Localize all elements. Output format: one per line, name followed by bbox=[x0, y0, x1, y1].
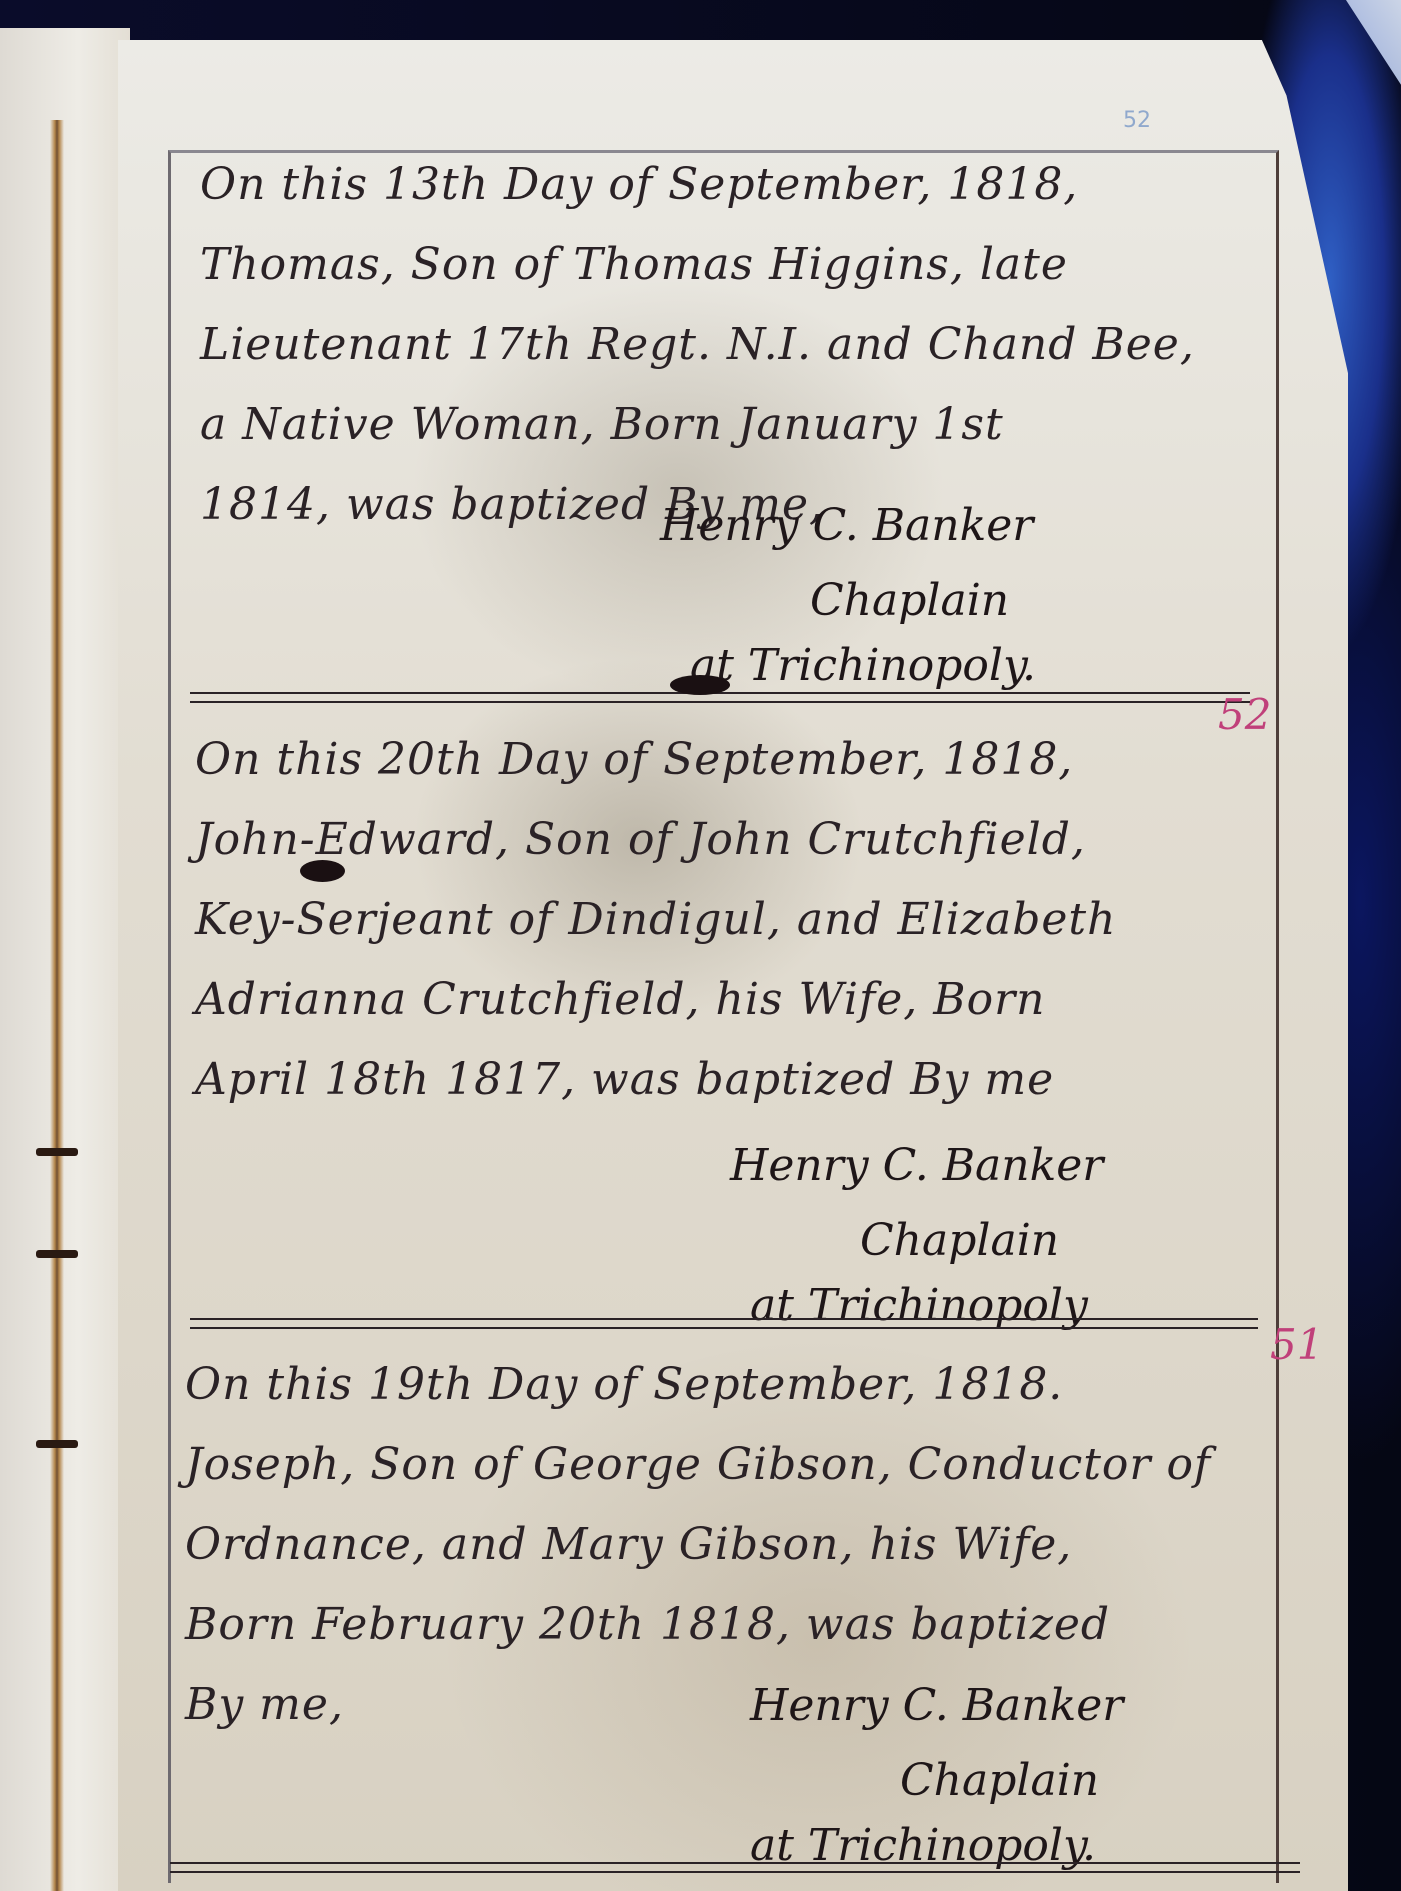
entry-line: Lieutenant 17th Regt. N.I. and Chand Bee… bbox=[200, 305, 1195, 385]
ink-blot bbox=[670, 675, 730, 695]
signature-place: at Trichinopoly. bbox=[690, 640, 1036, 691]
signature-title: Chaplain bbox=[810, 575, 1009, 626]
margin-note: 52 bbox=[1218, 690, 1271, 739]
entry-line: Thomas, Son of Thomas Higgins, late bbox=[200, 225, 1195, 305]
entry-line: Joseph, Son of George Gibson, Conductor … bbox=[185, 1425, 1211, 1505]
entry-line: Ordnance, and Mary Gibson, his Wife, bbox=[185, 1505, 1211, 1585]
binding-stitch bbox=[36, 1148, 78, 1156]
margin-note: 51 bbox=[1270, 1320, 1323, 1369]
signature-title: Chaplain bbox=[900, 1755, 1099, 1806]
entry-line: On this 20th Day of September, 1818, bbox=[195, 720, 1116, 800]
signature-name: Henry C. Banker bbox=[730, 1140, 1103, 1191]
baptism-entry-2: On this 20th Day of September, 1818, Joh… bbox=[195, 720, 1116, 1120]
entry-divider bbox=[170, 1862, 1300, 1873]
entry-line: a Native Woman, Born January 1st bbox=[200, 385, 1195, 465]
page-number: 52 bbox=[1123, 108, 1151, 133]
entry-divider bbox=[190, 1318, 1258, 1329]
left-page bbox=[0, 28, 130, 1891]
entry-line: On this 13th Day of September, 1818, bbox=[200, 145, 1195, 225]
entry-divider bbox=[190, 692, 1250, 703]
signature-name: Henry C. Banker bbox=[750, 1680, 1123, 1731]
binding-spine bbox=[50, 120, 64, 1891]
entry-line: Key-Serjeant of Dindigul, and Elizabeth bbox=[195, 880, 1116, 960]
baptism-entry-1: On this 13th Day of September, 1818, Tho… bbox=[200, 145, 1195, 545]
binding-stitch bbox=[36, 1250, 78, 1258]
entry-line: April 18th 1817, was baptized By me bbox=[195, 1040, 1116, 1120]
entry-line: On this 19th Day of September, 1818. bbox=[185, 1345, 1211, 1425]
signature-name: Henry C. Banker bbox=[660, 500, 1033, 551]
binding-stitch bbox=[36, 1440, 78, 1448]
entry-line: Born February 20th 1818, was baptized bbox=[185, 1585, 1211, 1665]
ink-blot bbox=[300, 860, 345, 882]
signature-title: Chaplain bbox=[860, 1215, 1059, 1266]
entry-line: Adrianna Crutchfield, his Wife, Born bbox=[195, 960, 1116, 1040]
